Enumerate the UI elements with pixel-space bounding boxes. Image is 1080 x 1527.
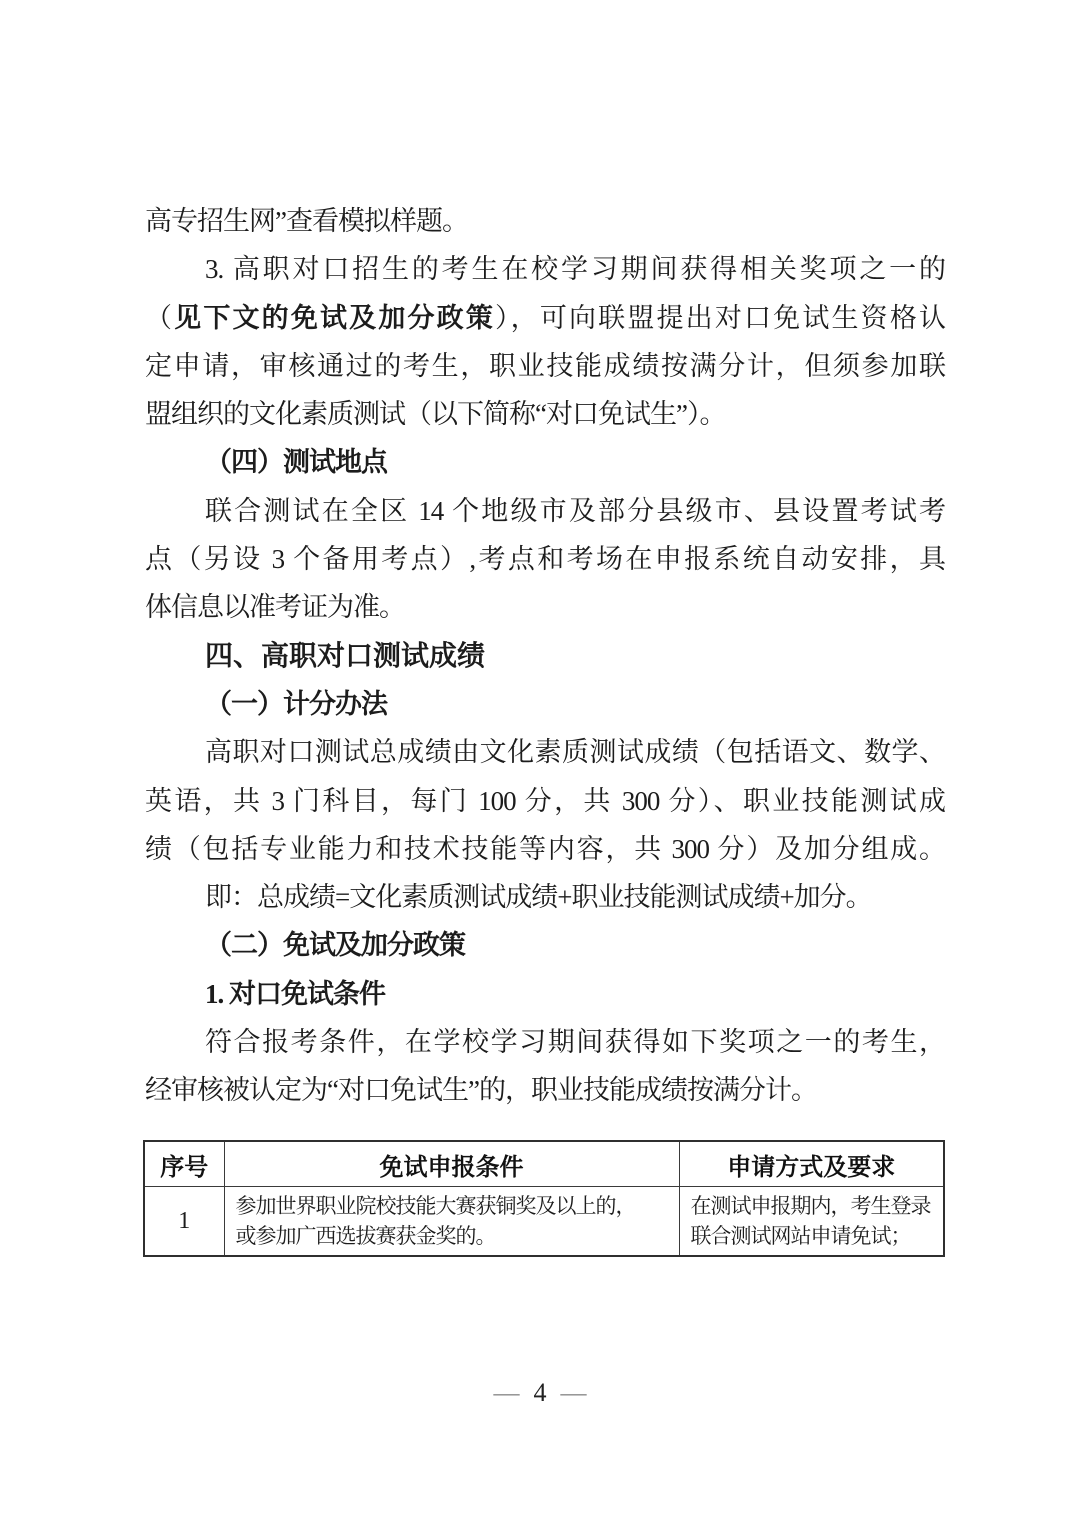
heading-section4: 四、高职对口测试成绩 xyxy=(145,632,945,680)
paragraph-formula: 即：总成绩=文化素质测试成绩+职业技能测试成绩+加分。 xyxy=(145,873,945,921)
paragraph-location-line3: 体信息以准考证为准。 xyxy=(145,583,945,631)
cell-method: 在测试申报期内，考生登录 联合测试网站申请免试； xyxy=(679,1187,944,1257)
paragraph-location-line1: 联合测试在全区 14 个地级市及部分县级市、县设置考试考 xyxy=(145,487,945,535)
cell-method-line1: 在测试申报期内，考生登录 xyxy=(691,1191,933,1221)
cell-seq: 1 xyxy=(144,1187,224,1257)
table-header-seq: 序号 xyxy=(144,1141,224,1187)
paragraph-item3-line4: 盟组织的文化素质测试（以下简称“对口免试生”）。 xyxy=(145,390,945,438)
table-header-method: 申请方式及要求 xyxy=(679,1141,944,1187)
heading-test-location: （四）测试地点 xyxy=(145,438,945,486)
paragraph-scoring-line3: 绩（包括专业能力和技术技能等内容，共 300 分）及加分组成。 xyxy=(145,825,945,873)
cell-condition-line1: 参加世界职业院校技能大赛获铜奖及以上的， xyxy=(236,1191,668,1221)
page-number-dash-left: — xyxy=(480,1378,534,1407)
paragraph-condition-line1: 符合报考条件，在学校学习期间获得如下奖项之一的考生， xyxy=(145,1018,945,1066)
cell-condition: 参加世界职业院校技能大赛获铜奖及以上的， 或参加广西选拔赛获金奖的。 xyxy=(224,1187,679,1257)
heading-exemption-condition: 1. 对口免试条件 xyxy=(145,970,945,1018)
paragraph-scoring-line1: 高职对口测试总成绩由文化素质测试成绩（包括语文、数学、 xyxy=(145,728,945,776)
paragraph-scoring-line2: 英语，共 3 门科目，每门 100 分，共 300 分）、职业技能测试成 xyxy=(145,777,945,825)
cell-condition-line2: 或参加广西选拔赛获金奖的。 xyxy=(236,1221,668,1251)
cell-method-line2: 联合测试网站申请免试； xyxy=(691,1221,933,1251)
paragraph-condition-line2: 经审核被认定为“对口免试生”的，职业技能成绩按满分计。 xyxy=(145,1066,945,1114)
body-text: 高专招生网”查看模拟样题。 3. 高职对口招生的考生在校学习期间获得相关奖项之一… xyxy=(145,197,945,1115)
page-number-dash-right: — xyxy=(547,1378,601,1407)
table-row: 1 参加世界职业院校技能大赛获铜奖及以上的， 或参加广西选拔赛获金奖的。 在测试… xyxy=(144,1187,944,1257)
table-header-condition: 免试申报条件 xyxy=(224,1141,679,1187)
exemption-table: 序号 免试申报条件 申请方式及要求 1 参加世界职业院校技能大赛获铜奖及以上的，… xyxy=(143,1140,945,1257)
page-number-value: 4 xyxy=(534,1378,547,1407)
paragraph-intro-tail: 高专招生网”查看模拟样题。 xyxy=(145,197,945,245)
bold-text-segment: 见下文的免试及加分政策 xyxy=(174,303,495,333)
paragraph-item3-line2: （见下文的免试及加分政策），可向联盟提出对口免试生资格认 xyxy=(145,294,945,342)
document-page: 高专招生网”查看模拟样题。 3. 高职对口招生的考生在校学习期间获得相关奖项之一… xyxy=(0,0,1080,1527)
text-segment: （ xyxy=(145,303,174,333)
table-header-row: 序号 免试申报条件 申请方式及要求 xyxy=(144,1141,944,1187)
heading-exemption-policy: （二）免试及加分政策 xyxy=(145,921,945,969)
heading-scoring-method: （一）计分办法 xyxy=(145,680,945,728)
text-segment: ），可向联盟提出对口免试生资格认 xyxy=(495,303,945,333)
paragraph-location-line2: 点（另设 3 个备用考点）,考点和考场在申报系统自动安排，具 xyxy=(145,535,945,583)
page-number: —4— xyxy=(0,1378,1080,1408)
paragraph-item3-line3: 定申请，审核通过的考生，职业技能成绩按满分计，但须参加联 xyxy=(145,342,945,390)
paragraph-item3-line1: 3. 高职对口招生的考生在校学习期间获得相关奖项之一的 xyxy=(145,245,945,293)
